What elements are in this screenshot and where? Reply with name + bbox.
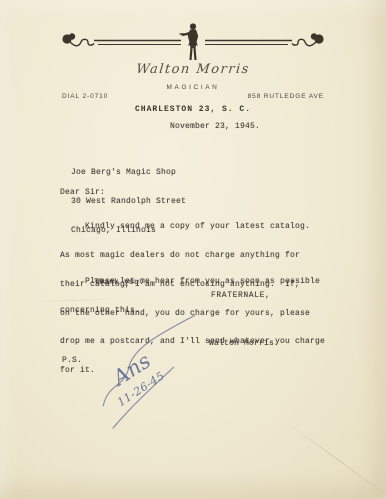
- letterhead-address: 858 RUTLEDGE AVE: [248, 93, 324, 100]
- postscript: P.S.: [62, 356, 82, 366]
- salutation: Dear Sir:: [60, 188, 105, 198]
- letterhead-name: Walton Morris: [0, 62, 386, 77]
- paper-crease: [286, 422, 386, 499]
- magician-figure-icon: [180, 23, 199, 60]
- recipient-line: Joe Berg's Magic Shop: [71, 168, 186, 178]
- letterhead-title: MAGICIAN: [0, 84, 386, 91]
- handwritten-annotation: Ans 11-26-45: [84, 323, 224, 413]
- letter-date: November 23, 1945.: [170, 122, 260, 132]
- body-line: concerning this.: [60, 306, 320, 316]
- flourish-left-icon: [62, 33, 94, 45]
- flourish-right-icon: [292, 33, 324, 45]
- letter-paper: Walton Morris MAGICIAN DIAL 2-0710 858 R…: [0, 0, 386, 499]
- thank-you-line: Thank you.: [94, 278, 144, 288]
- letterhead-city: CHARLESTON 23, S. C.: [0, 105, 386, 114]
- body-line: Kindly send me a copy of your latest cat…: [60, 222, 325, 232]
- letterhead-ornament: [54, 18, 332, 64]
- letterhead-phone: DIAL 2-0710: [62, 93, 108, 100]
- closing-line: FRATERNALE,: [211, 291, 270, 301]
